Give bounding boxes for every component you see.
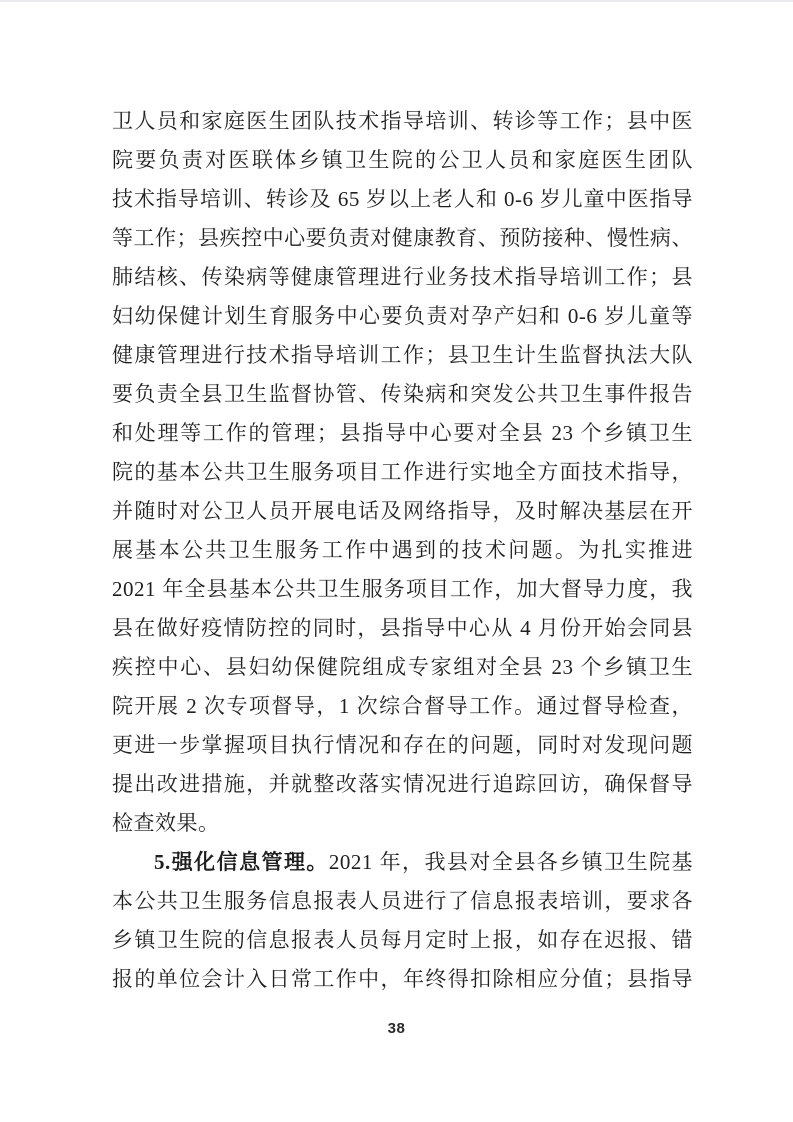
text-line: 本公共卫生服务信息报表人员进行了信息报表培训，要求各 xyxy=(112,882,693,921)
text-segment: 要负责全县卫生监督协管、传染病和突发公共卫生事件报告 xyxy=(112,382,693,406)
text-segment: 技术指导培训、转诊及 65 岁以上老人和 0-6 岁儿童中医指导 xyxy=(112,187,693,211)
text-line: 2021 年全县基本公共卫生服务项目工作，加大督导力度，我 xyxy=(112,570,693,609)
text-segment: 和处理等工作的管理；县指导中心要对全县 23 个乡镇卫生 xyxy=(112,421,693,445)
text-segment: 肺结核、传染病等健康管理进行业务技术指导培训工作；县 xyxy=(112,265,693,289)
text-segment: 乡镇卫生院的信息报表人员每月定时上报，如存在迟报、错 xyxy=(112,928,693,952)
text-line: 肺结核、传染病等健康管理进行业务技术指导培训工作；县 xyxy=(112,258,693,297)
text-segment: 健康管理进行技术指导培训工作；县卫生计生监督执法大队 xyxy=(112,343,693,367)
text-line: 乡镇卫生院的信息报表人员每月定时上报，如存在迟报、错 xyxy=(112,921,693,960)
text-line: 院要负责对医联体乡镇卫生院的公卫人员和家庭医生团队 xyxy=(112,141,693,180)
text-segment: 2021 年全县基本公共卫生服务项目工作，加大督导力度，我 xyxy=(112,577,693,601)
text-line: 要负责全县卫生监督协管、传染病和突发公共卫生事件报告 xyxy=(112,375,693,414)
text-segment: 等工作；县疾控中心要负责对健康教育、预防接种、慢性病、 xyxy=(112,226,693,250)
text-segment: 院开展 2 次专项督导，1 次综合督导工作。通过督导检查， xyxy=(112,694,693,718)
text-line: 展基本公共卫生服务工作中遇到的技术问题。为扎实推进 xyxy=(112,531,693,570)
document-page: 卫人员和家庭医生团队技术指导培训、转诊等工作；县中医院要负责对医联体乡镇卫生院的… xyxy=(0,0,793,1122)
text-line: 院开展 2 次专项督导，1 次综合督导工作。通过督导检查， xyxy=(112,687,693,726)
text-segment: 2021 年，我县对全县各乡镇卫生院基 xyxy=(329,850,693,874)
text-segment: 提出改进措施，并就整改落实情况进行追踪回访，确保督导 xyxy=(112,772,693,796)
text-segment: 报的单位会计入日常工作中，年终得扣除相应分值；县指导 xyxy=(112,967,693,991)
text-line: 院的基本公共卫生服务项目工作进行实地全方面技术指导， xyxy=(112,453,693,492)
text-segment: 本公共卫生服务信息报表人员进行了信息报表培训，要求各 xyxy=(112,889,693,913)
text-line: 县在做好疫情防控的同时，县指导中心从 4 月份开始会同县 xyxy=(112,609,693,648)
text-line: 提出改进措施，并就整改落实情况进行追踪回访，确保督导 xyxy=(112,765,693,804)
text-line: 妇幼保健计划生育服务中心要负责对孕产妇和 0-6 岁儿童等 xyxy=(112,297,693,336)
text-line: 健康管理进行技术指导培训工作；县卫生计生监督执法大队 xyxy=(112,336,693,375)
text-line: 检查效果。 xyxy=(112,804,693,843)
text-line: 报的单位会计入日常工作中，年终得扣除相应分值；县指导 xyxy=(112,960,693,999)
text-segment: 县在做好疫情防控的同时，县指导中心从 4 月份开始会同县 xyxy=(112,616,693,640)
text-segment: 展基本公共卫生服务工作中遇到的技术问题。为扎实推进 xyxy=(112,538,693,562)
text-segment: 检查效果。 xyxy=(112,811,220,835)
bold-text-segment: 5.强化信息管理。 xyxy=(154,850,329,874)
text-line: 等工作；县疾控中心要负责对健康教育、预防接种、慢性病、 xyxy=(112,219,693,258)
text-line: 5.强化信息管理。2021 年，我县对全县各乡镇卫生院基 xyxy=(112,843,693,882)
text-segment: 院的基本公共卫生服务项目工作进行实地全方面技术指导， xyxy=(112,460,693,484)
text-column: 卫人员和家庭医生团队技术指导培训、转诊等工作；县中医院要负责对医联体乡镇卫生院的… xyxy=(112,102,693,999)
text-line: 更进一步掌握项目执行情况和存在的问题，同时对发现问题 xyxy=(112,726,693,765)
text-segment: 院要负责对医联体乡镇卫生院的公卫人员和家庭医生团队 xyxy=(112,148,693,172)
text-segment: 妇幼保健计划生育服务中心要负责对孕产妇和 0-6 岁儿童等 xyxy=(112,304,693,328)
text-segment: 更进一步掌握项目执行情况和存在的问题，同时对发现问题 xyxy=(112,733,693,757)
text-segment: 疾控中心、县妇幼保健院组成专家组对全县 23 个乡镇卫生 xyxy=(112,655,693,679)
text-line: 并随时对公卫人员开展电话及网络指导，及时解决基层在开 xyxy=(112,492,693,531)
text-line: 疾控中心、县妇幼保健院组成专家组对全县 23 个乡镇卫生 xyxy=(112,648,693,687)
page-top-edge xyxy=(0,0,793,2)
text-segment: 并随时对公卫人员开展电话及网络指导，及时解决基层在开 xyxy=(112,499,693,523)
text-segment: 卫人员和家庭医生团队技术指导培训、转诊等工作；县中医 xyxy=(112,109,693,133)
text-line: 技术指导培训、转诊及 65 岁以上老人和 0-6 岁儿童中医指导 xyxy=(112,180,693,219)
text-line: 和处理等工作的管理；县指导中心要对全县 23 个乡镇卫生 xyxy=(112,414,693,453)
page-number: 38 xyxy=(0,1020,793,1037)
text-line: 卫人员和家庭医生团队技术指导培训、转诊等工作；县中医 xyxy=(112,102,693,141)
